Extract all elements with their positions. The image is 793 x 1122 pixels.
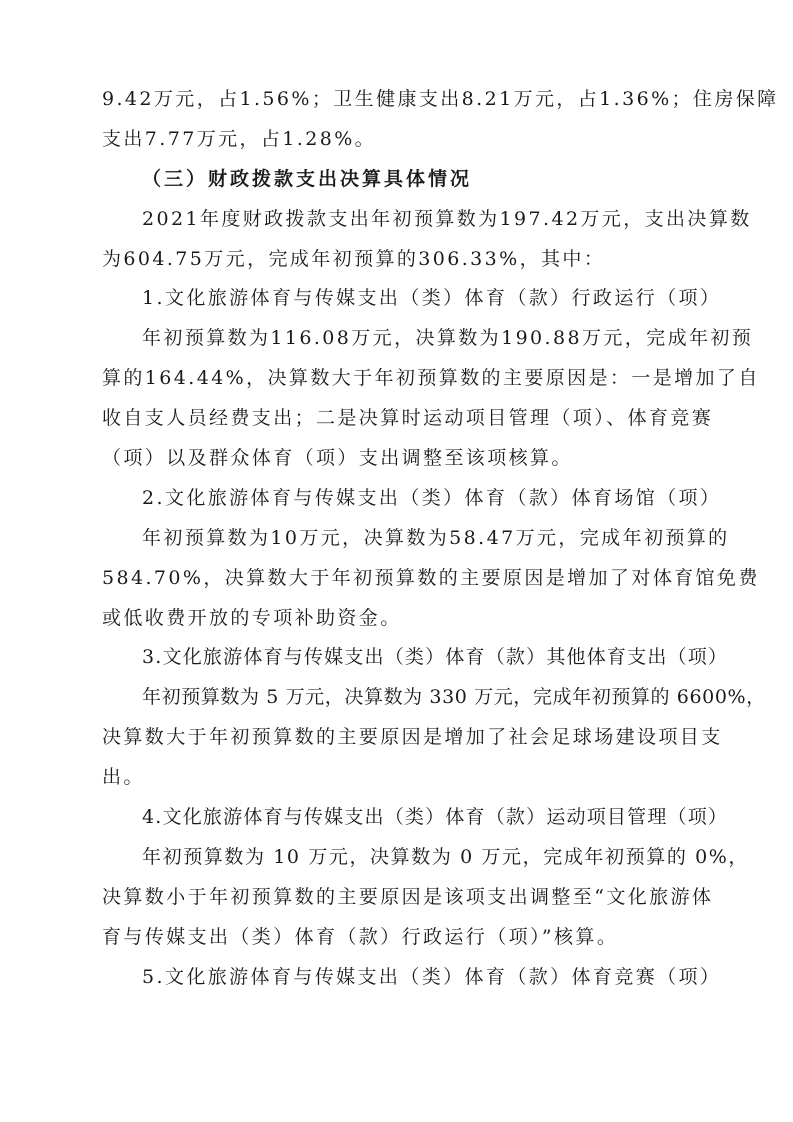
item-text-line: 育与传媒支出（类）体育（款）行政运行（项）”核算。: [102, 918, 684, 958]
item-text-line: 584.70%，决算数大于年初预算数的主要原因是增加了对体育馆免费: [102, 559, 684, 599]
item-text-line: （项）以及群众体育（项）支出调整至该项核算。: [102, 439, 684, 479]
item-title: 1.文化旅游体育与传媒支出（类）体育（款）行政运行（项）: [102, 279, 684, 319]
item-title: 5.文化旅游体育与传媒支出（类）体育（款）体育竞赛（项）: [102, 958, 684, 998]
item-text-line: 或低收费开放的专项补助资金。: [102, 599, 684, 639]
item-text-line: 年初预算数为 5 万元，决算数为 330 万元，完成年初预算的 6600%，: [102, 678, 684, 718]
item-text-line: 决算数大于年初预算数的主要原因是增加了社会足球场建设项目支: [102, 718, 684, 758]
item-text-line: 年初预算数为 10 万元，决算数为 0 万元，完成年初预算的 0%，: [102, 838, 684, 878]
item-text-line: 算的164.44%，决算数大于年初预算数的主要原因是：一是增加了自: [102, 359, 684, 399]
summary-line: 2021年度财政拨款支出年初预算数为197.42万元，支出决算数: [102, 200, 684, 240]
item-text-line: 决算数小于年初预算数的主要原因是该项支出调整至“文化旅游体: [102, 878, 684, 918]
item-text-line: 收自支人员经费支出；二是决算时运动项目管理（项）、体育竞赛: [102, 399, 684, 439]
item-text-line: 年初预算数为10万元，决算数为58.47万元，完成年初预算的: [102, 519, 684, 559]
document-page: 9.42万元，占1.56%；卫生健康支出8.21万元，占1.36%；住房保障 支…: [102, 80, 684, 997]
body-text-line: 支出7.77万元，占1.28%。: [102, 120, 684, 160]
item-text-line: 年初预算数为116.08万元，决算数为190.88万元，完成年初预: [102, 319, 684, 359]
body-text-line: 9.42万元，占1.56%；卫生健康支出8.21万元，占1.36%；住房保障: [102, 80, 684, 120]
item-title: 4.文化旅游体育与传媒支出（类）体育（款）运动项目管理（项）: [102, 798, 684, 838]
item-text-line: 出。: [102, 758, 684, 798]
summary-line: 为604.75万元，完成年初预算的306.33%，其中：: [102, 240, 684, 280]
item-title: 3.文化旅游体育与传媒支出（类）体育（款）其他体育支出（项）: [102, 638, 684, 678]
section-heading: （三）财政拨款支出决算具体情况: [102, 160, 684, 200]
item-title: 2.文化旅游体育与传媒支出（类）体育（款）体育场馆（项）: [102, 479, 684, 519]
